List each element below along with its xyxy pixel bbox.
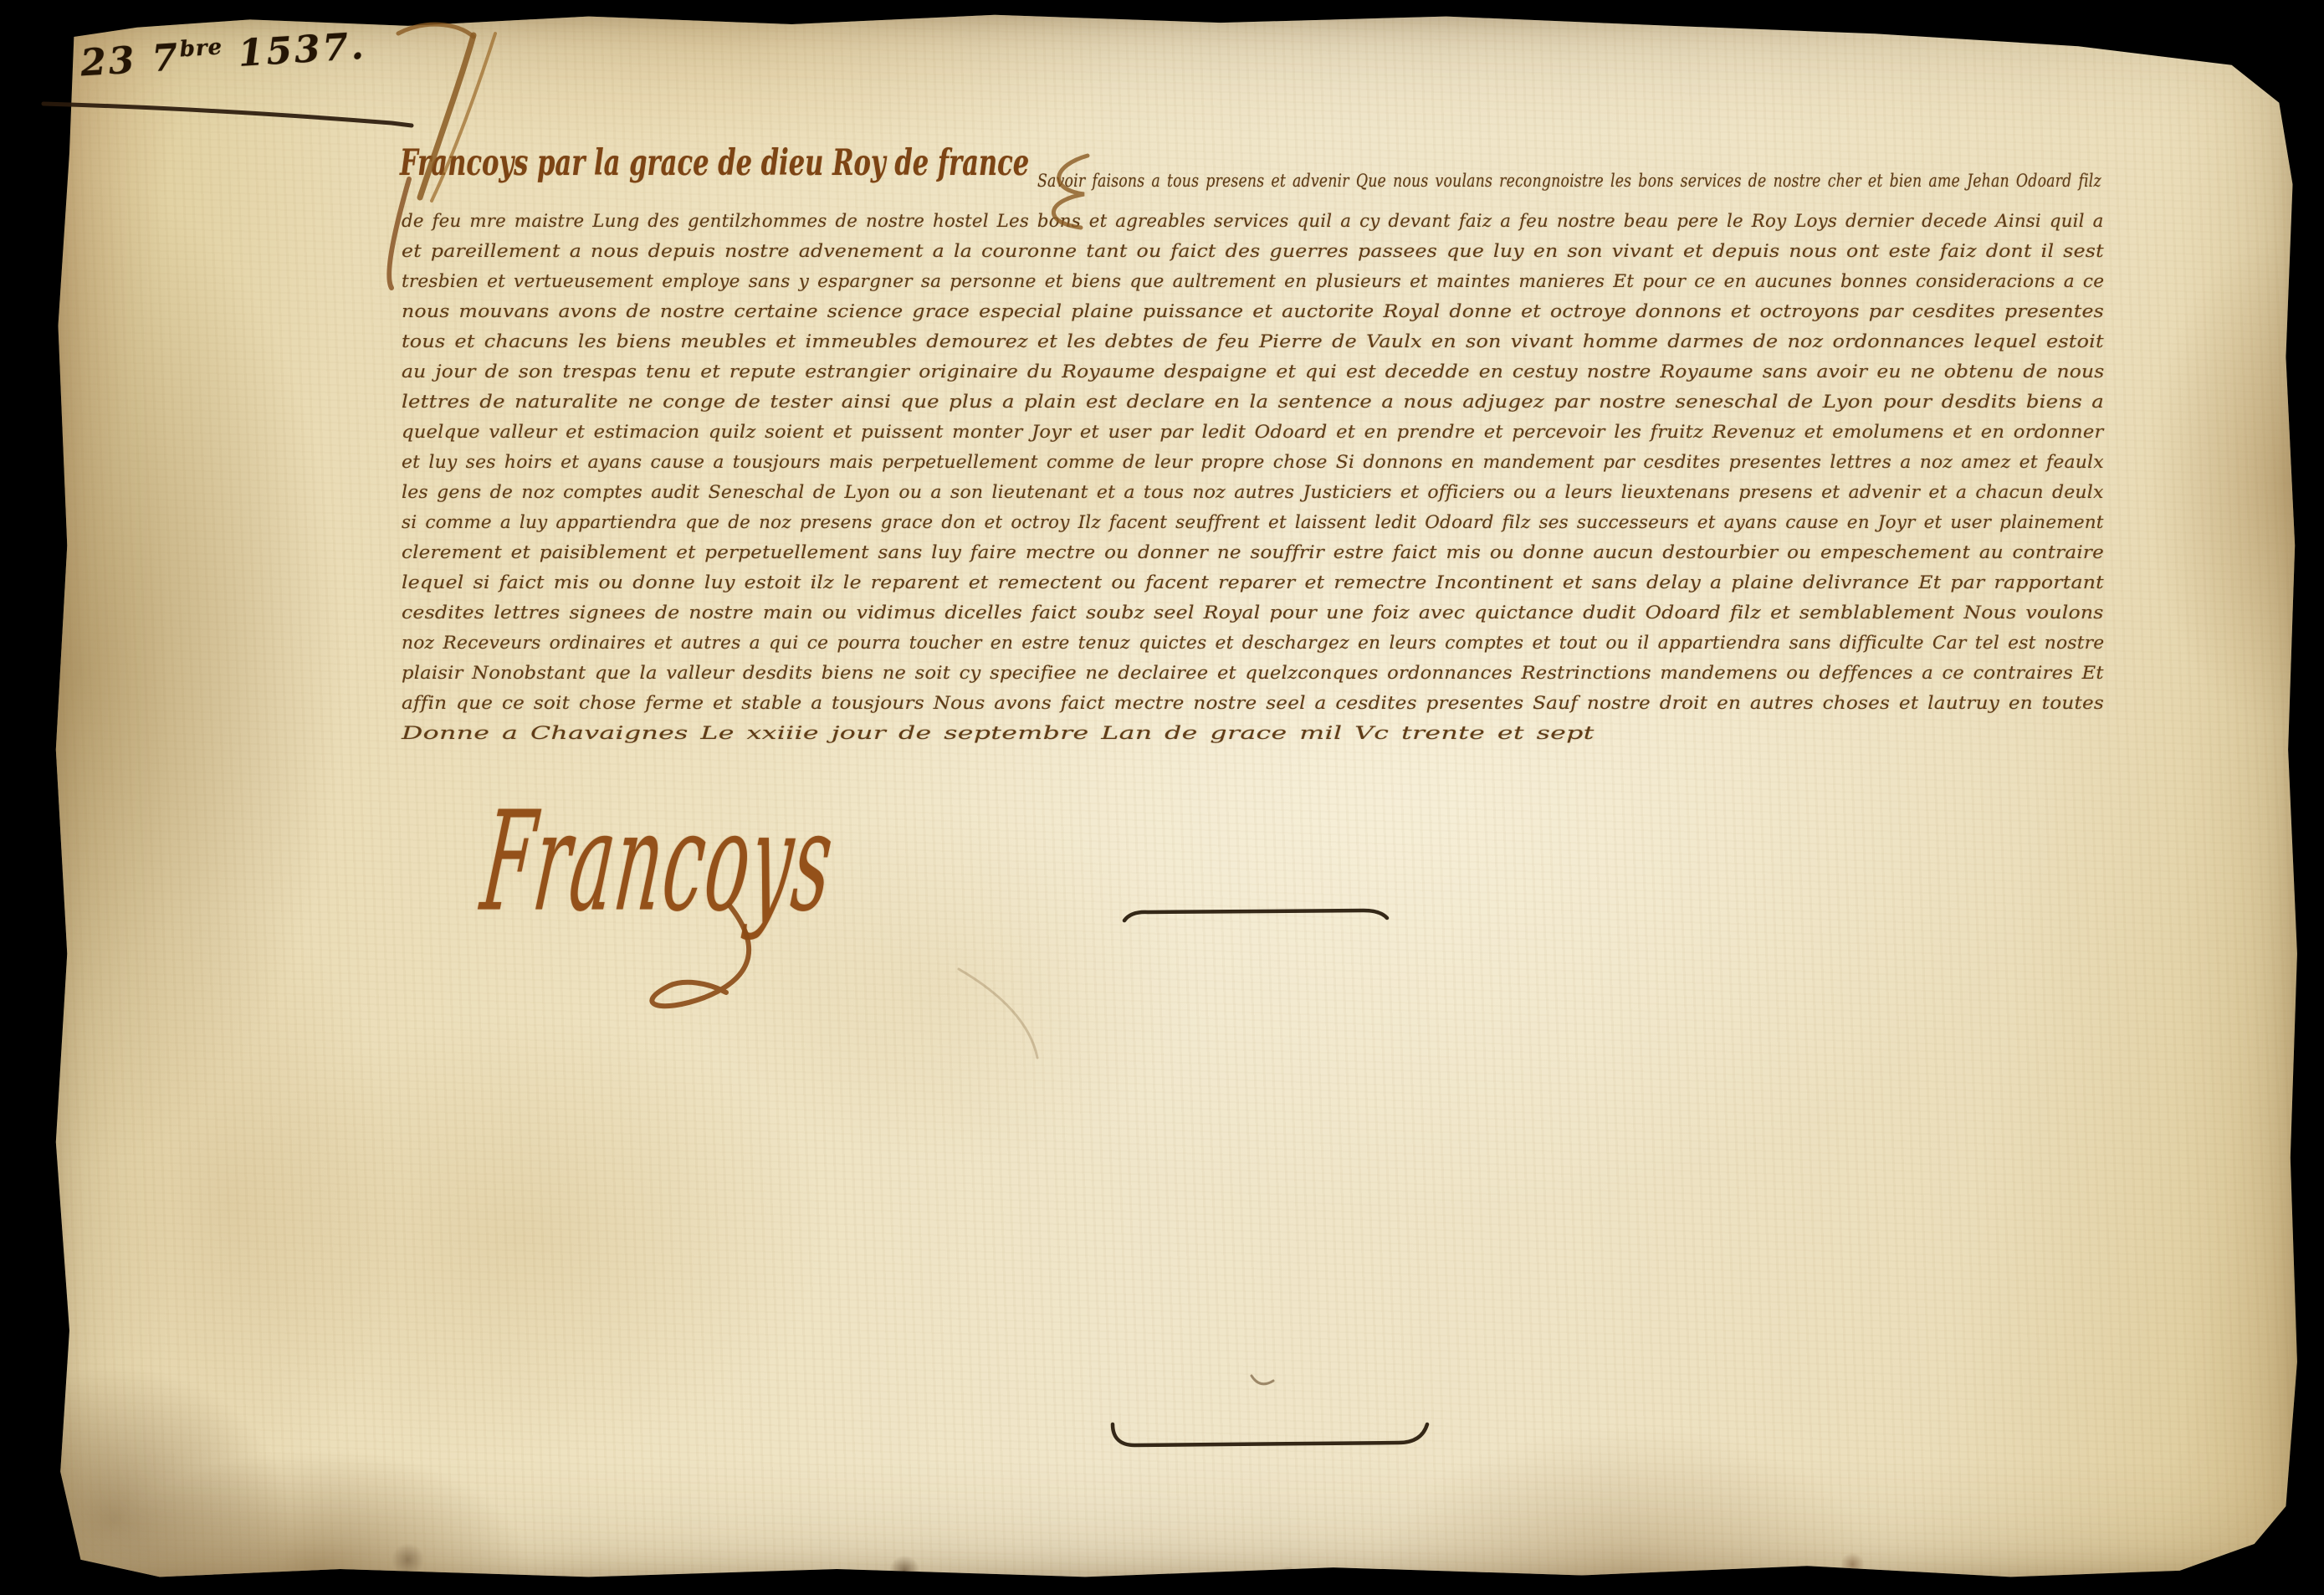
archival-date-year: 1537.	[237, 25, 367, 75]
body-line: tresbien et vertueusement employe sans y…	[402, 271, 2104, 292]
body-line: quelque valleur et estimacion quilz soie…	[402, 422, 2104, 443]
body-line: plaisir Nonobstant que la valleur desdit…	[402, 663, 2104, 684]
royal-intitulation: Francoys par la grace de dieu Roy de fra…	[400, 142, 1029, 184]
body-line: et luy ses hoirs et ayans cause a tousjo…	[402, 452, 2104, 473]
body-line: tous et chacuns les biens meubles et imm…	[402, 331, 2104, 352]
body-line-dateline: Donne a Chavaignes Le xxiiie jour de sep…	[402, 723, 1595, 744]
body-line: au jour de son trespas tenu et repute es…	[402, 362, 2105, 382]
body-line-opening: Savoir faisons a tous presens et advenir…	[1037, 171, 2101, 192]
body-line: lequel si faict mis ou donne luy estoit …	[402, 572, 2104, 593]
body-line: de feu mre maistre Lung des gentilzhomme…	[402, 211, 2104, 232]
archival-date-day: 23	[79, 38, 138, 85]
archival-date-month-suffix: bre	[179, 34, 223, 62]
body-line: les gens de noz comptes audit Seneschal …	[402, 482, 2104, 503]
body-line: clerement et paisiblement et perpetuelle…	[402, 542, 2104, 563]
photo-background: { "annotation": { "day": "23", "month": …	[0, 0, 2324, 1595]
body-line: nous mouvans avons de nostre certaine sc…	[402, 301, 2104, 322]
body-line: si comme a luy appartiendra que de noz p…	[402, 512, 2104, 533]
body-line: et pareillement a nous depuis nostre adv…	[402, 241, 2104, 262]
body-line: cesdites lettres signees de nostre main …	[402, 603, 2104, 623]
royal-signature: Francoys	[475, 783, 841, 943]
body-line: lettres de naturalite ne conge de tester…	[402, 392, 2104, 413]
archival-date-month: 7	[151, 36, 182, 80]
body-line: affin que ce soit chose ferme et stable …	[402, 693, 2104, 714]
body-line: noz Receveurs ordinaires et autres a qui…	[402, 633, 2104, 654]
